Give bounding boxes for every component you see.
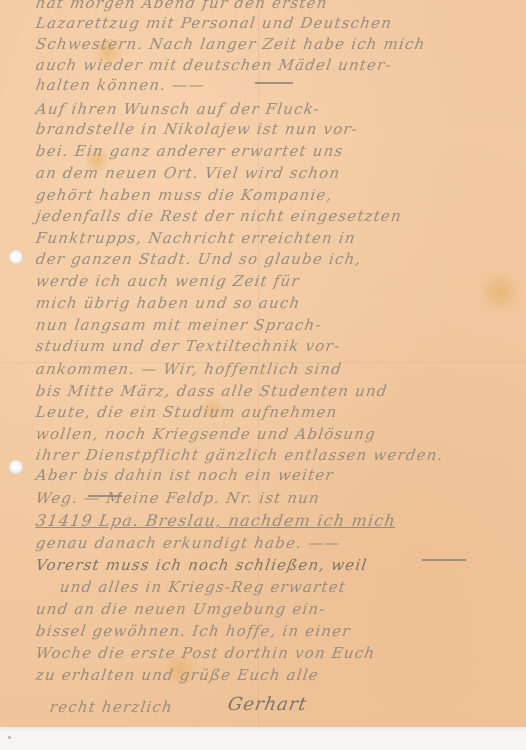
letter-line-20: Leute, die ein Studium aufnehmen [35, 403, 339, 421]
letter-line-1: hat morgen Abend für den ersten [35, 0, 329, 12]
paper-stain [478, 270, 522, 314]
letter-line-27: Vorerst muss ich noch schließen, weil [35, 556, 369, 574]
letter-line-6: Auf ihren Wunsch auf der Fluck- [35, 100, 322, 118]
dash-line [88, 495, 122, 497]
letter-line-8: bei. Ein ganz anderer erwartet uns [35, 142, 345, 160]
scan-speck [8, 736, 11, 739]
letter-line-4: auch wieder mit deutschen Mädel unter- [35, 56, 393, 74]
letter-line-3: Schwestern. Nach langer Zeit habe ich mi… [35, 35, 427, 53]
punch-hole-top [9, 250, 23, 264]
dash-line [255, 82, 293, 84]
letter-line-12: Funktrupps, Nachricht erreichten in [35, 229, 357, 247]
letter-line-31: Woche die erste Post dorthin von Euch [35, 644, 377, 662]
letter-line-30: bissel gewöhnen. Ich hoffe, in einer [35, 622, 352, 640]
letter-line-5: halten können. —— [35, 76, 206, 94]
letter-line-9: an dem neuen Ort. Viel wird schon [35, 164, 342, 182]
letter-line-24: Weg. — Meine Feldp. Nr. ist nun [35, 489, 322, 507]
letter-line-16: nun langsam mit meiner Sprach- [35, 316, 323, 334]
letter-line-10: gehört haben muss die Kompanie, [35, 186, 334, 204]
letter-line-14: werde ich auch wenig Zeit für [35, 272, 301, 290]
letter-line-7: brandstelle in Nikolajew ist nun vor- [35, 120, 360, 138]
letter-line-33: recht herzlich [49, 698, 175, 716]
letter-line-19: bis Mitte März, dass alle Studenten und [35, 382, 389, 400]
letter-line-11: jedenfalls die Rest der nicht eingesetzt… [35, 207, 403, 225]
letter-line-22: ihrer Dienstpflicht gänzlich entlassen w… [35, 446, 445, 464]
dash-line [422, 559, 466, 561]
signature: Gerhart [226, 694, 309, 715]
letter-line-fieldpost: 31419 Lpa. Breslau, nachdem ich mich [35, 511, 398, 530]
letter-page: hat morgen Abend für den ersten Lazarett… [0, 0, 526, 727]
letter-line-29: und an die neuen Umgebung ein- [35, 600, 327, 618]
letter-line-32: zu erhalten und grüße Euch alle [35, 666, 320, 684]
letter-line-17: studium und der Textiltechnik vor- [35, 337, 342, 355]
letter-line-13: der ganzen Stadt. Und so glaube ich, [35, 250, 363, 268]
letter-line-28: und alles in Kriegs-Reg erwartet [59, 578, 348, 596]
punch-hole-bottom [9, 460, 23, 474]
letter-line-21: wollen, noch Kriegsende und Ablösung [35, 425, 378, 443]
letter-line-26: genau danach erkundigt habe. —— [35, 534, 342, 552]
letter-line-15: mich übrig haben und so auch [35, 294, 302, 312]
letter-line-18: ankommen. — Wir, hoffentlich sind [35, 360, 344, 378]
letter-line-23: Aber bis dahin ist noch ein weiter [35, 466, 335, 484]
letter-line-2: Lazarettzug mit Personal und Deutschen [35, 14, 394, 32]
